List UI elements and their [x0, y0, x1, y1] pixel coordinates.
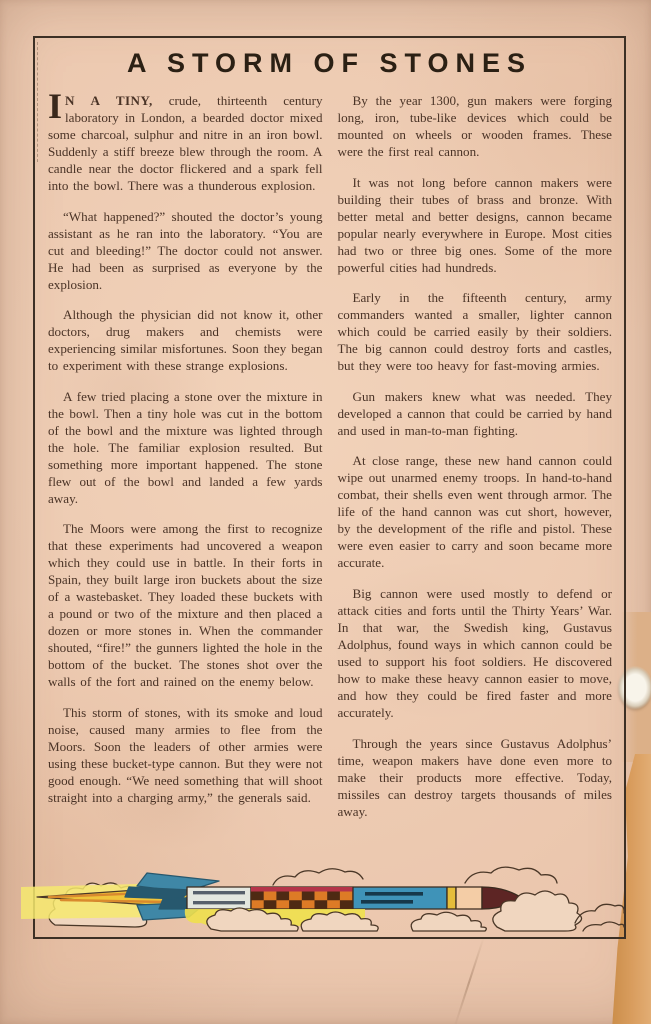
paragraph: A few tried placing a stone over the mix… [48, 388, 323, 507]
blue-section [353, 887, 447, 909]
cloud-outline [575, 904, 624, 931]
paragraph: At close range, these new hand cannon co… [338, 452, 613, 571]
missile-body [187, 887, 532, 909]
missile-illustration [35, 861, 624, 937]
paragraph: This storm of stones, with its smoke and… [48, 704, 323, 806]
paragraph: Through the years since Gustavus Adolphu… [338, 735, 613, 820]
paragraph: Although the physician did not know it, … [48, 306, 323, 374]
dropcap: I [48, 92, 65, 119]
paragraph: IN A TINY, crude, thirteenth century lab… [48, 92, 323, 194]
lead-words: N A TINY, [65, 93, 153, 108]
cloud [411, 912, 486, 931]
yellow-ring [447, 887, 456, 909]
right-column: By the year 1300, gun makers were forgin… [338, 92, 613, 833]
page-paper: { "article": { "title": "A STORM OF STON… [0, 0, 651, 1024]
content-frame: A STORM OF STONES IN A TINY, crude, thir… [33, 36, 626, 939]
left-column: IN A TINY, crude, thirteenth century lab… [48, 92, 323, 833]
paragraph: Early in the fifteenth century, army com… [338, 289, 613, 374]
silver-section [187, 887, 251, 909]
paragraph: Gun makers knew what was needed. They de… [338, 388, 613, 439]
paragraph: By the year 1300, gun makers were forgin… [338, 92, 613, 160]
paragraph: The Moors were among the first to recogn… [48, 520, 323, 690]
paragraph: It was not long before cannon makers wer… [338, 174, 613, 276]
paper-crease [453, 937, 484, 1024]
article-title: A STORM OF STONES [35, 48, 624, 79]
checker-red-band [251, 887, 353, 892]
article-body: IN A TINY, crude, thirteenth century lab… [35, 79, 624, 833]
cloud-outline [465, 867, 557, 883]
cloud-outline [273, 869, 363, 885]
paragraph-text: crude, thirteenth century laboratory in … [48, 93, 323, 193]
paragraph: “What happened?” shouted the doctor’s yo… [48, 208, 323, 293]
nose-band [456, 887, 482, 909]
paragraph: Big cannon were used mostly to defend or… [338, 585, 613, 721]
